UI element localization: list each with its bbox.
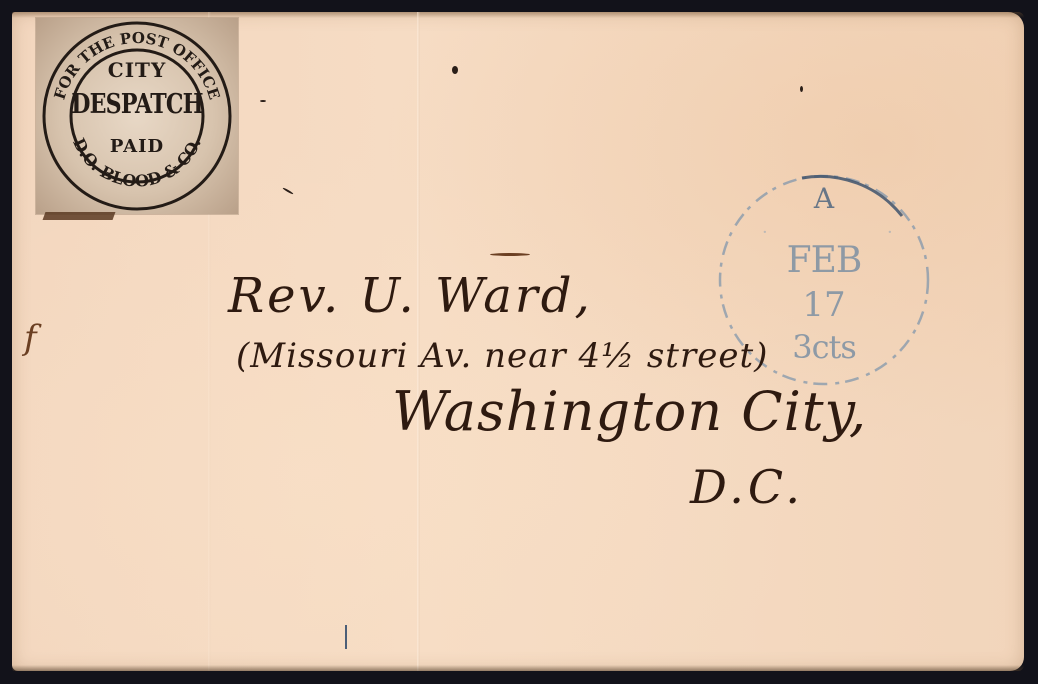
svg-text:A: A <box>813 182 835 215</box>
postmark-day: 17 <box>712 285 936 325</box>
stamp-despatch-text: DESPATCH <box>54 89 220 120</box>
address-city: Washington City, <box>392 380 867 443</box>
postmark-month: FEB <box>712 240 936 281</box>
blue-ink-mark <box>345 625 347 649</box>
city-despatch-stamp: FOR THE POST OFFICE D.O. BLOOD & CO. CIT… <box>36 18 238 214</box>
ink-speck <box>452 66 458 74</box>
stamp-paid-text: PAID <box>36 136 238 157</box>
stamp-city-text: CITY <box>36 58 238 82</box>
ink-speck <box>490 253 530 256</box>
margin-ink-mark: f <box>24 318 37 358</box>
address-district: D.C. <box>690 460 804 514</box>
ink-speck <box>260 100 266 102</box>
address-street: (Missouri Av. near 4½ street) <box>236 336 768 376</box>
address-recipient: Rev. U. Ward, <box>228 268 593 324</box>
ink-speck <box>800 86 803 92</box>
